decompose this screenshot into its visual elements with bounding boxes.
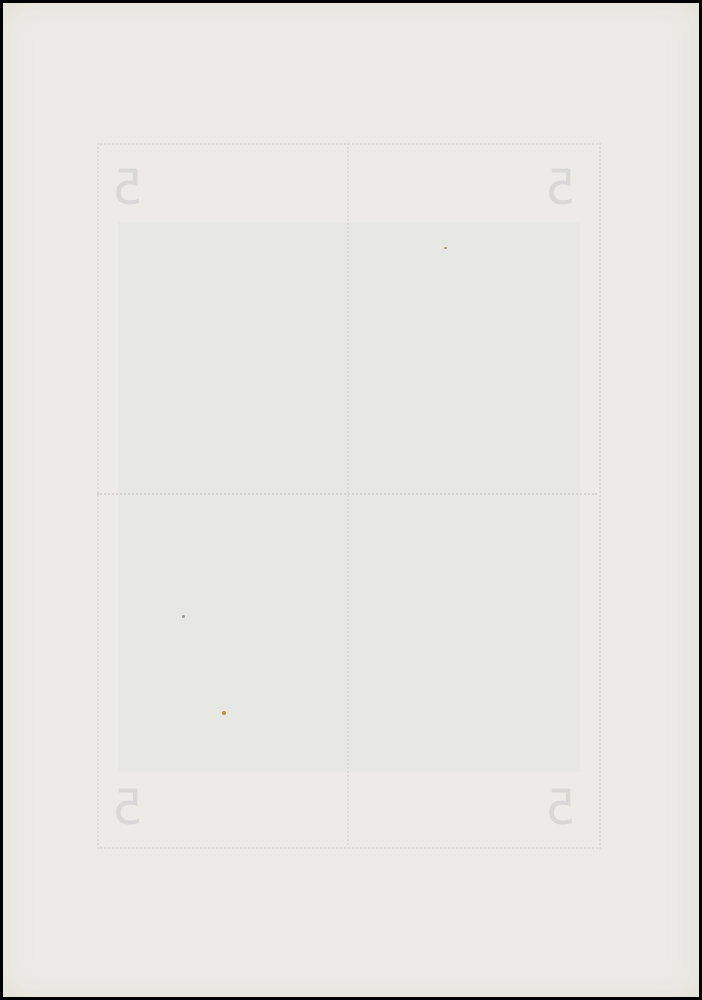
stamp-image-area	[118, 222, 580, 772]
ghost-numeral: 5	[112, 780, 143, 836]
foxing-spot	[182, 615, 185, 618]
ghost-title	[150, 60, 550, 110]
ghost-numeral: 5	[112, 160, 143, 216]
ghost-numeral: 5	[545, 780, 576, 836]
foxing-spot	[444, 247, 447, 249]
perforation-vertical	[347, 143, 349, 845]
ghost-numeral: 5	[545, 160, 576, 216]
foxing-spot	[222, 711, 226, 715]
